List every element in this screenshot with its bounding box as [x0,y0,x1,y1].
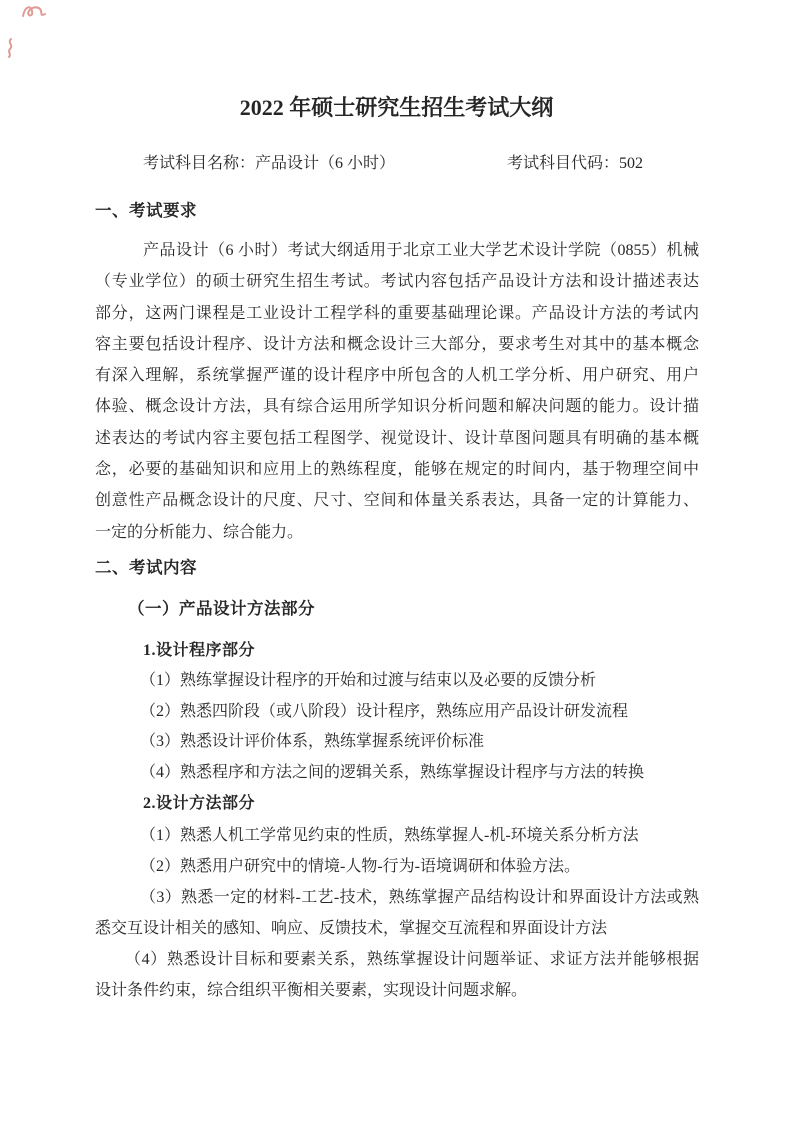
list-item-continuation: 悉交互设计相关的感知、响应、反馈技术，掌握交互流程和界面设计方法 [95,913,699,944]
paragraph-line: 念，必要的基础知识和应用上的熟练程度，能够在规定的时间内，基于物理空间中 [95,454,699,485]
exam-requirements-paragraph: 产品设计（6 小时）考试大纲适用于北京工业大学艺术设计学院（0855）机械 （专… [95,235,699,548]
paragraph-line: 述表达的考试内容主要包括工程图学、视觉设计、设计草图问题具有明确的基本概 [95,423,699,454]
list-item-continuation: 设计条件约束，综合组织平衡相关要素，实现设计问题求解。 [95,975,699,1006]
list-item: （2）熟悉用户研究中的情境-人物-行为-语境调研和体验方法。 [95,851,699,882]
list-item: （1）熟练掌握设计程序的开始和过渡与结束以及必要的反馈分析 [95,666,699,697]
paragraph-line: 容主要包括设计程序、设计方法和概念设计三大部分，要求考生对其中的基本概念 [95,329,699,360]
section-2-heading: 二、考试内容 [95,557,197,579]
red-annotation-mark [2,36,20,60]
paragraph-line: 有深入理解，系统掌握严谨的设计程序中所包含的人机工学分析、用户研究、用户 [95,360,699,391]
subject-code-label: 考试科目代码：502 [507,152,643,176]
part-1-heading: 1.设计程序部分 [143,640,255,662]
paragraph-line: 体验、概念设计方法，具有综合运用所学知识分析问题和解决问题的能力。设计描 [95,391,699,422]
paragraph-line: （专业学位）的硕士研究生招生考试。考试内容包括产品设计方法和设计描述表达 [95,266,699,297]
section-1-heading: 一、考试要求 [95,200,197,222]
list-item: （3）熟悉一定的材料-工艺-技术，熟练掌握产品结构设计和界面设计方法或熟 [95,882,699,913]
document-page: 2022 年硕士研究生招生考试大纲 考试科目名称：产品设计（6 小时） 考试科目… [0,0,793,1123]
part-2-heading: 2.设计方法部分 [143,793,255,815]
paragraph-line: 部分，这两门课程是工业设计工程学科的重要基础理论课。产品设计方法的考试内 [95,298,699,329]
list-item: （1）熟悉人机工学常见约束的性质，熟练掌握人-机-环境关系分析方法 [95,820,699,851]
page-title: 2022 年硕士研究生招生考试大纲 [0,92,793,124]
list-item: （2）熟悉四阶段（或八阶段）设计程序，熟练应用产品设计研发流程 [95,697,699,728]
list-item: （4）熟悉设计目标和要素关系，熟练掌握设计问题举证、求证方法并能够根据 [95,944,699,975]
paragraph-line: 一定的分析能力、综合能力。 [95,517,699,548]
design-method-list: （1）熟悉人机工学常见约束的性质，熟练掌握人-机-环境关系分析方法 （2）熟悉用… [95,820,699,1006]
subsection-1-heading: （一）产品设计方法部分 [128,598,315,620]
subject-row: 考试科目名称：产品设计（6 小时） 考试科目代码：502 [0,152,793,176]
list-item: （4）熟悉程序和方法之间的逻辑关系，熟练掌握设计程序与方法的转换 [95,758,699,789]
design-procedure-list: （1）熟练掌握设计程序的开始和过渡与结束以及必要的反馈分析 （2）熟悉四阶段（或… [95,666,699,789]
list-item: （3）熟悉设计评价体系，熟练掌握系统评价标准 [95,727,699,758]
red-annotation-mark [20,2,48,22]
subject-name-label: 考试科目名称：产品设计（6 小时） [143,152,395,176]
paragraph-line: 创意性产品概念设计的尺度、尺寸、空间和体量关系表达，具备一定的计算能力、 [95,485,699,516]
paragraph-line: 产品设计（6 小时）考试大纲适用于北京工业大学艺术设计学院（0855）机械 [95,235,699,266]
